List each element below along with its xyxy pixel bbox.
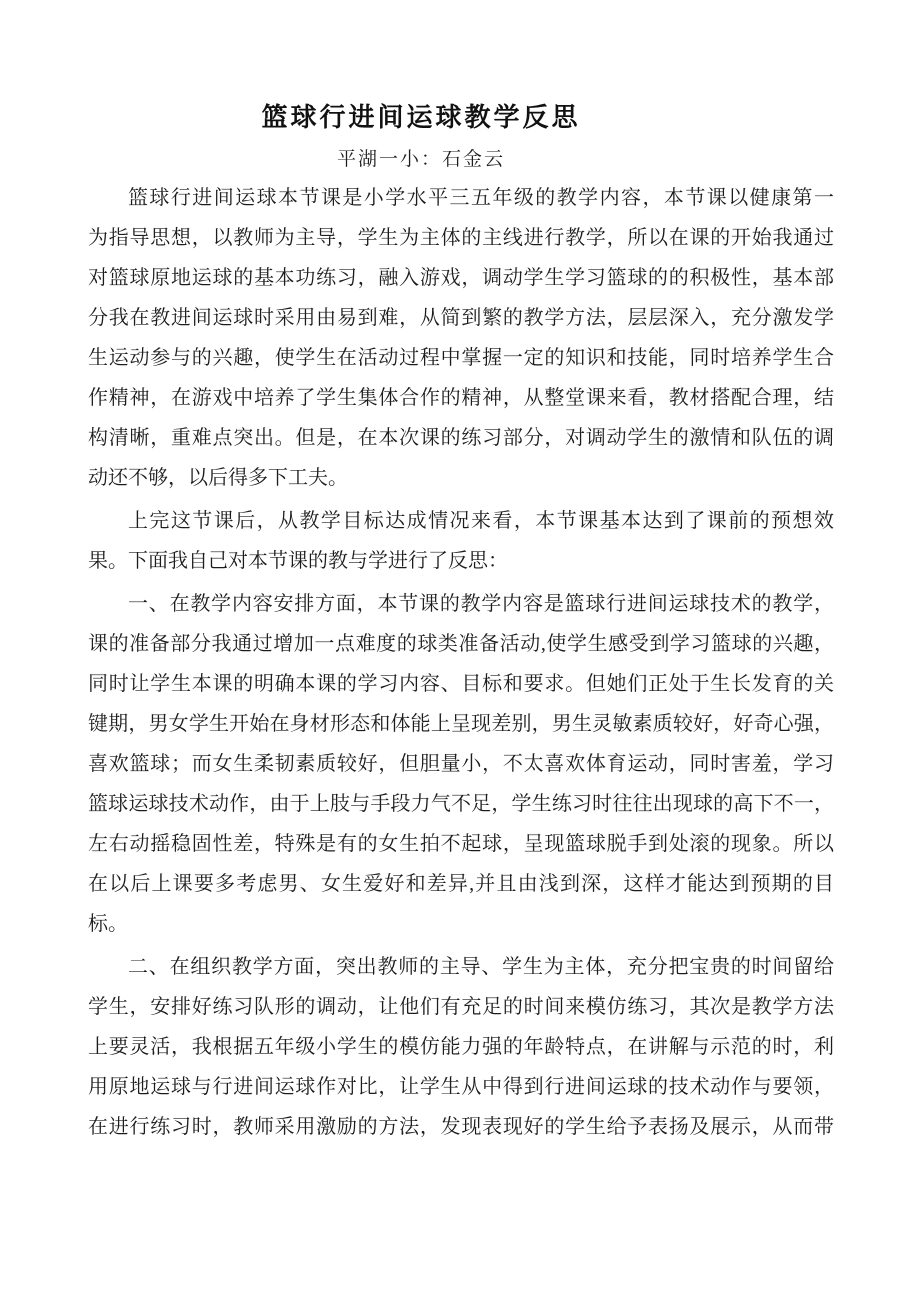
- document-body: 篮球行进间运球本节课是小学水平三五年级的教学内容，本节课以健康第一为指导思想，以…: [88, 178, 834, 1147]
- text-line: 上要灵活，我根据五年级小学生的模仿能力强的年龄特点，在讲解与示范的时，利: [88, 1027, 834, 1067]
- text-line: 左右动摇稳固性差，特殊是有的女生拍不起球，呈现篮球脱手到处滚的现象。所以: [88, 824, 834, 864]
- text-line: 对篮球原地运球的基本功练习，融入游戏，调动学生学习篮球的的积极性，基本部: [88, 258, 834, 298]
- text-line: 学生，安排好练习队形的调动，让他们有充足的时间来模仿练习，其次是教学方法: [88, 987, 834, 1027]
- text-line: 动还不够，以后得多下工夫。: [88, 458, 834, 498]
- text-line: 作精神，在游戏中培养了学生集体合作的精神，从整堂课来看，教材搭配合理，结: [88, 378, 834, 418]
- paragraph: 二、在组织教学方面，突出教师的主导、学生为主体，充分把宝贵的时间留给学生，安排好…: [88, 947, 834, 1147]
- paragraph: 一、在教学内容安排方面，本节课的教学内容是篮球行进间运球技术的教学，课的准备部分…: [88, 584, 834, 944]
- text-line: 键期，男女学生开始在身材形态和体能上呈现差别，男生灵敏素质较好，好奇心强，: [88, 704, 834, 744]
- text-line: 喜欢篮球；而女生柔韧素质较好，但胆量小，不太喜欢体育运动，同时害羞，学习: [88, 744, 834, 784]
- text-line: 为指导思想，以教师为主导，学生为主体的主线进行教学，所以在课的开始我通过: [88, 218, 834, 258]
- paragraph: 篮球行进间运球本节课是小学水平三五年级的教学内容，本节课以健康第一为指导思想，以…: [88, 178, 834, 498]
- text-line: 分我在教进间运球时采用由易到难，从简到繁的教学方法，层层深入，充分激发学: [88, 298, 834, 338]
- paragraph: 上完这节课后，从教学目标达成情况来看，本节课基本达到了课前的预想效果。下面我自己…: [88, 501, 834, 581]
- text-line: 果。下面我自己对本节课的教与学进行了反思：: [88, 541, 834, 581]
- text-line: 篮球运球技术动作，由于上肢与手段力气不足，学生练习时往往出现球的高下不一，: [88, 784, 834, 824]
- text-line: 一、在教学内容安排方面，本节课的教学内容是篮球行进间运球技术的教学，: [88, 584, 834, 624]
- text-line: 构清晰，重难点突出。但是，在本次课的练习部分，对调动学生的激情和队伍的调: [88, 418, 834, 458]
- document-title: 篮球行进间运球教学反思: [88, 97, 754, 137]
- document-content: 篮球行进间运球教学反思 平湖一小：石金云 篮球行进间运球本节课是小学水平三五年级…: [88, 97, 834, 1150]
- text-line: 上完这节课后，从教学目标达成情况来看，本节课基本达到了课前的预想效: [88, 501, 834, 541]
- text-line: 同时让学生本课的明确本课的学习内容、目标和要求。但她们正处于生长发育的关: [88, 664, 834, 704]
- text-line: 二、在组织教学方面，突出教师的主导、学生为主体，充分把宝贵的时间留给: [88, 947, 834, 987]
- document-page: 篮球行进间运球教学反思 平湖一小：石金云 篮球行进间运球本节课是小学水平三五年级…: [0, 0, 920, 1302]
- text-line: 课的准备部分我通过增加一点难度的球类准备活动,使学生感受到学习篮球的兴趣，: [88, 624, 834, 664]
- text-line: 在进行练习时，教师采用激励的方法，发现表现好的学生给予表扬及展示，从而带: [88, 1107, 834, 1147]
- text-line: 在以后上课要多考虑男、女生爱好和差异,并且由浅到深，这样才能达到预期的目: [88, 864, 834, 904]
- text-line: 篮球行进间运球本节课是小学水平三五年级的教学内容，本节课以健康第一: [88, 178, 834, 218]
- text-line: 用原地运球与行进间运球作对比，让学生从中得到行进间运球的技术动作与要领，: [88, 1067, 834, 1107]
- text-line: 标。: [88, 904, 834, 944]
- document-byline: 平湖一小：石金云: [88, 145, 754, 175]
- text-line: 生运动参与的兴趣，使学生在活动过程中掌握一定的知识和技能，同时培养学生合: [88, 338, 834, 378]
